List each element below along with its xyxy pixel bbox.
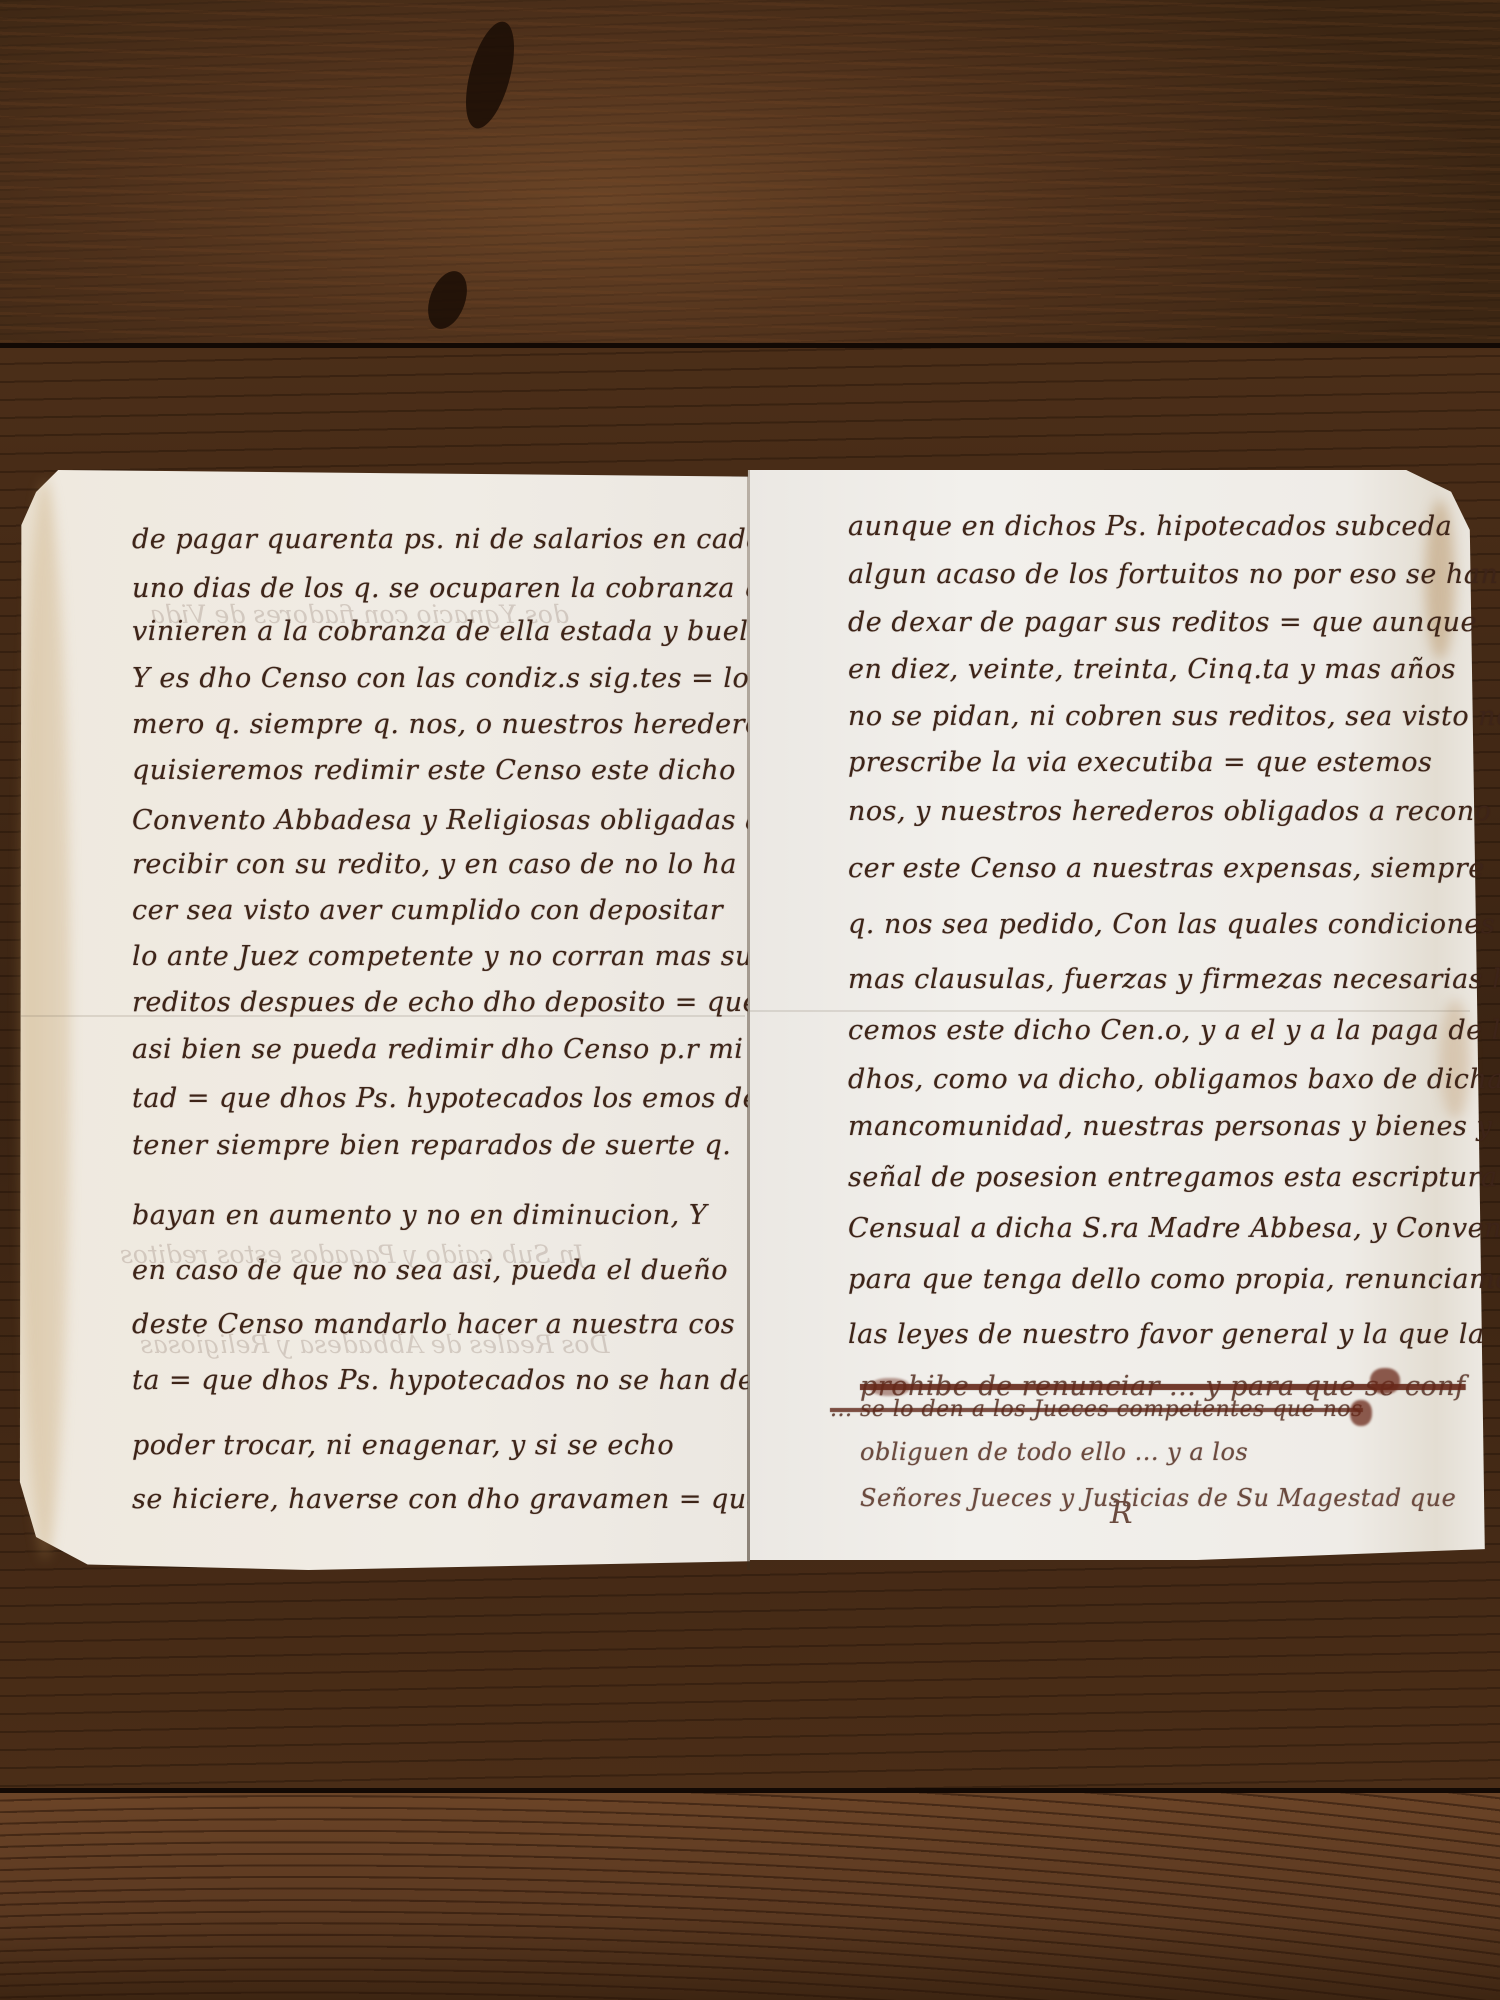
right-page-line: Censual a dicha S.ra Madre Abbesa, y Con… xyxy=(848,1213,1500,1244)
paper-edge-stain xyxy=(20,480,70,1560)
struck-through-line: ... se lo den a los Jueces competentes q… xyxy=(830,1397,1363,1422)
right-page-line: las leyes de nuestro favor general y la … xyxy=(848,1319,1485,1350)
right-page-line: obliguen de todo ello ... y a los xyxy=(860,1438,1248,1466)
left-page-line: ta = que dhos Ps. hypotecados no se han … xyxy=(132,1365,754,1396)
left-page-line: vinieren a la cobranza de ella estada y … xyxy=(132,616,785,647)
right-page-line: algun acaso de los fortuitos no por eso … xyxy=(848,559,1498,590)
right-page-line: dhos, como va dicho, obligamos baxo de d… xyxy=(848,1064,1500,1095)
right-page-line: aunque en dichos Ps. hipotecados subceda xyxy=(848,511,1452,542)
left-page-line: mero q. siempre q. nos, o nuestros hered… xyxy=(132,709,776,740)
left-page-line: lo ante Juez competente y no corran mas … xyxy=(132,941,767,972)
left-page-line: bayan en aumento y no en diminucion, Y xyxy=(132,1200,707,1231)
left-page-line: en caso de que no sea asi, pueda el dueñ… xyxy=(132,1255,728,1286)
left-page-line: de pagar quarenta ps. ni de salarios en … xyxy=(132,524,763,555)
plank-seam-upper xyxy=(0,343,1500,348)
right-page-line: q. nos sea pedido, Con las quales condic… xyxy=(848,909,1500,940)
right-page-line: en diez, veinte, treinta, Cinq.ta y mas … xyxy=(848,654,1456,685)
right-page-line: mancomunidad, nuestras personas y bienes… xyxy=(848,1111,1500,1142)
right-page-line: señal de posesion entregamos esta escrip… xyxy=(848,1162,1498,1193)
right-page-line: cer este Censo a nuestras expensas, siem… xyxy=(848,853,1485,884)
left-page-line: Y es dho Censo con las condiz.s sig.tes … xyxy=(132,663,799,694)
left-page-line: cer sea visto aver cumplido con deposita… xyxy=(132,895,723,926)
left-page-line: quisieremos redimir este Censo este dich… xyxy=(132,755,736,786)
wood-plank-lower xyxy=(0,1790,1500,2000)
left-page-line: asi bien se pueda redimir dho Censo p.r … xyxy=(132,1034,743,1065)
rubric-signature: R xyxy=(1110,1496,1133,1531)
left-page-line: poder trocar, ni enagenar, y si se echo xyxy=(132,1430,674,1461)
page-spine-fold xyxy=(747,470,750,1570)
ink-blot xyxy=(870,1378,910,1396)
right-page-line: no se pidan, ni cobren sus reditos, sea … xyxy=(848,701,1500,732)
ink-blot xyxy=(1350,1400,1372,1426)
left-page-line: se hiciere, haverse con dho gravamen = q… xyxy=(132,1484,763,1515)
right-page-line: nos, y nuestros herederos obligados a re… xyxy=(848,796,1491,827)
right-page-line: para que tenga dello como propia, renunc… xyxy=(848,1264,1500,1295)
left-page-line: Convento Abbadesa y Religiosas obligadas… xyxy=(132,805,797,836)
ink-blot xyxy=(1370,1368,1400,1394)
right-page-line: Señores Jueces y Justicias de Su Magesta… xyxy=(860,1484,1456,1512)
paper-fold-line xyxy=(750,1010,1470,1012)
left-page-line: uno dias de los q. se ocuparen la cobran… xyxy=(132,573,796,604)
left-page-line: deste Censo mandarlo hacer a nuestra cos xyxy=(132,1309,735,1340)
left-page-line: reditos despues de echo dho deposito = q… xyxy=(132,987,759,1018)
left-page-line: recibir con su redito, y en caso de no l… xyxy=(132,849,737,880)
right-page-line: de dexar de pagar sus reditos = que aunq… xyxy=(848,607,1477,638)
left-page-line: tad = que dhos Ps. hypotecados los emos … xyxy=(132,1083,759,1114)
right-page-line: prescribe la via executiba = que estemos xyxy=(848,747,1432,778)
right-page-line: mas clausulas, fuerzas y firmezas necesa… xyxy=(848,964,1500,995)
left-page-line: tener siempre bien reparados de suerte q… xyxy=(132,1130,731,1161)
right-page-line: cemos este dicho Cen.o, y a el y a la pa… xyxy=(848,1015,1500,1046)
plank-seam-lower xyxy=(0,1788,1500,1793)
